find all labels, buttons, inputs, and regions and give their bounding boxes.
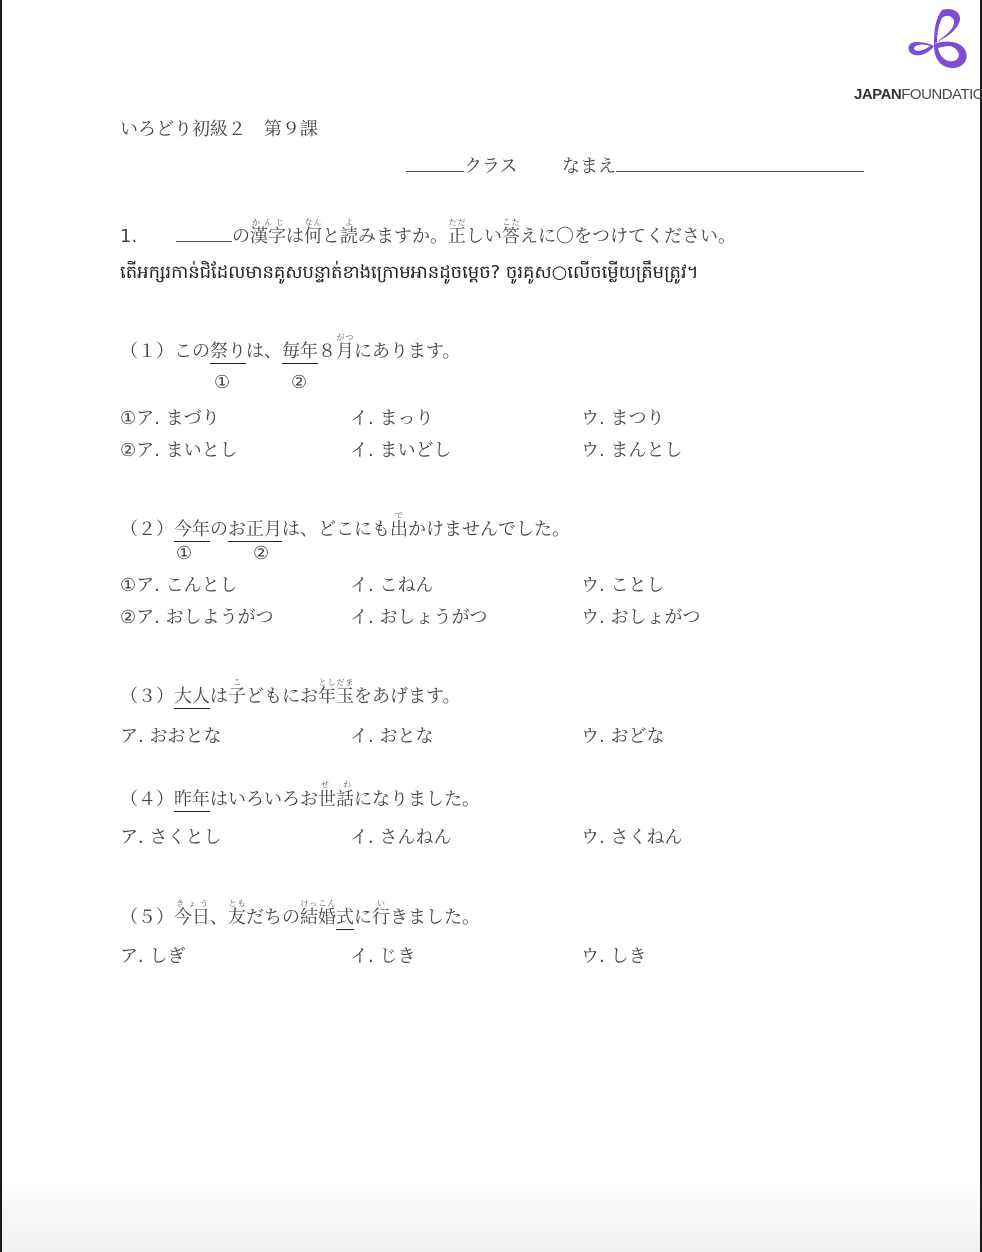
q5-option-i[interactable]: イ. じき [350, 946, 415, 968]
q4-option-u[interactable]: ウ. さくねん [581, 827, 682, 849]
marker-2: ② [253, 543, 269, 564]
q2-1-option-u[interactable]: ウ. ことし [581, 575, 664, 597]
q2-2-option-i[interactable]: イ. おしょうがつ [350, 607, 487, 629]
marker-1: ① [176, 543, 192, 564]
name-field[interactable]: なまえ [562, 156, 864, 178]
class-label: クラス [464, 156, 517, 177]
q1-2-option-u[interactable]: ウ. まんとし [581, 440, 682, 462]
q3-option-a[interactable]: ア. おおとな [120, 726, 221, 748]
q1-1-option-u[interactable]: ウ. まつり [581, 408, 664, 430]
q2-1-option-i[interactable]: イ. こねん [350, 575, 433, 597]
japan-foundation-logo: JAPANFOUNDATION [854, 6, 976, 102]
lesson-title: いろどり初級２ 第９課 [120, 119, 318, 141]
logo-wordmark: JAPANFOUNDATION [854, 86, 982, 103]
butterfly-logo-icon [904, 6, 970, 80]
q1-1-option-i[interactable]: イ. まっり [350, 408, 433, 430]
name-label: なまえ [562, 156, 616, 177]
instruction-khmer: តើអក្សរកាន់ជិដែលមានគូសបន្ទាត់ខាងក្រោមអាន… [120, 262, 698, 284]
question-2: （２）今年のお正月は、どこにも出でかけませんでした。 [120, 511, 570, 541]
q5-option-u[interactable]: ウ. しき [581, 946, 646, 968]
q3-option-i[interactable]: イ. おとな [350, 726, 433, 748]
q5-option-a[interactable]: ア. しぎ [120, 946, 185, 968]
question-1: （１）この祭りは、毎年８月がつにあります。 [120, 333, 461, 363]
q4-option-i[interactable]: イ. さんねん [350, 827, 451, 849]
q2-2-prefix-option-a[interactable]: ②ア. おしようがつ [120, 607, 274, 629]
q1-2-option-i[interactable]: イ. まいどし [350, 440, 451, 462]
worksheet-page: JAPANFOUNDATION いろどり初級２ 第９課 クラス なまえ 1.の漢… [0, 0, 982, 1252]
question-5: （５）今日きょう、友ともだちの結婚けっこん式に行いきました。 [120, 899, 480, 929]
q2-1-prefix-option-a[interactable]: ①ア. こんとし [120, 575, 238, 597]
class-field[interactable]: クラス [406, 156, 517, 178]
marker-1: ① [214, 372, 230, 393]
q3-option-u[interactable]: ウ. おどな [581, 726, 664, 748]
instruction-jp: 1.の漢字かんじは何なんと読よみますか。正ただしい答こたえに〇をつけてください。 [120, 218, 736, 248]
q4-option-a[interactable]: ア. さくとし [120, 827, 221, 849]
q2-2-option-u[interactable]: ウ. おしょがつ [581, 607, 700, 629]
q1-1-prefix-option-a[interactable]: ①ア. まづり [120, 408, 220, 430]
marker-2: ② [291, 372, 307, 393]
question-4: （４）昨年はいろいろお世話せ わになりました。 [120, 780, 480, 811]
q1-2-prefix-option-a[interactable]: ②ア. まいとし [120, 440, 238, 462]
question-3: （３）大人は子こどもにお年玉としだまをあげます。 [120, 678, 461, 708]
